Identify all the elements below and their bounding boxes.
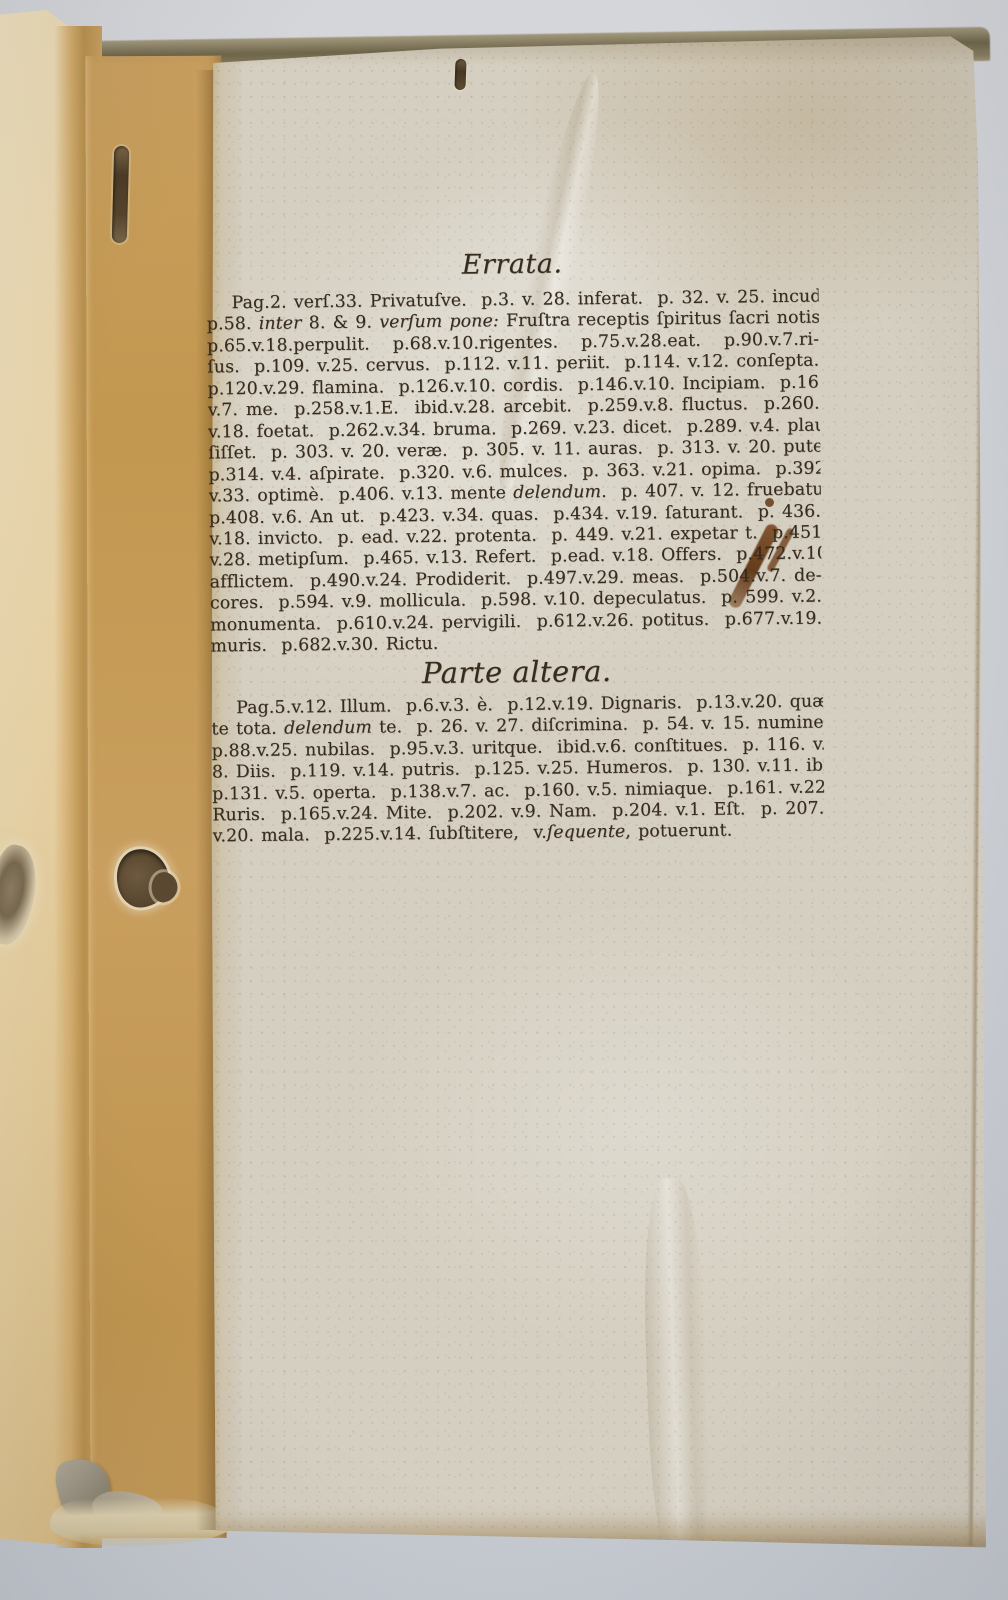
page-bottom-edge — [205, 1516, 993, 1552]
antique-book-photo: Errata. Pag.2. verſ.33. Privatuſve. p.3.… — [0, 0, 1008, 1600]
errata-heading: Errata. — [206, 247, 818, 284]
errata-text-block: Errata. Pag.2. verſ.33. Privatuſve. p.3.… — [206, 247, 825, 849]
errata-second-part: Pag.5.v.12. Illum. p.6.v.3. è. p.12.v.19… — [211, 691, 825, 848]
errata-first-part: Pag.2. verſ.33. Privatuſve. p.3. v. 28. … — [206, 287, 822, 659]
parte-altera-heading: Parte altera. — [211, 652, 823, 691]
worm-hole-slit — [112, 146, 130, 243]
worm-hole-page-top — [454, 59, 466, 90]
page-right-edge — [967, 38, 985, 1546]
